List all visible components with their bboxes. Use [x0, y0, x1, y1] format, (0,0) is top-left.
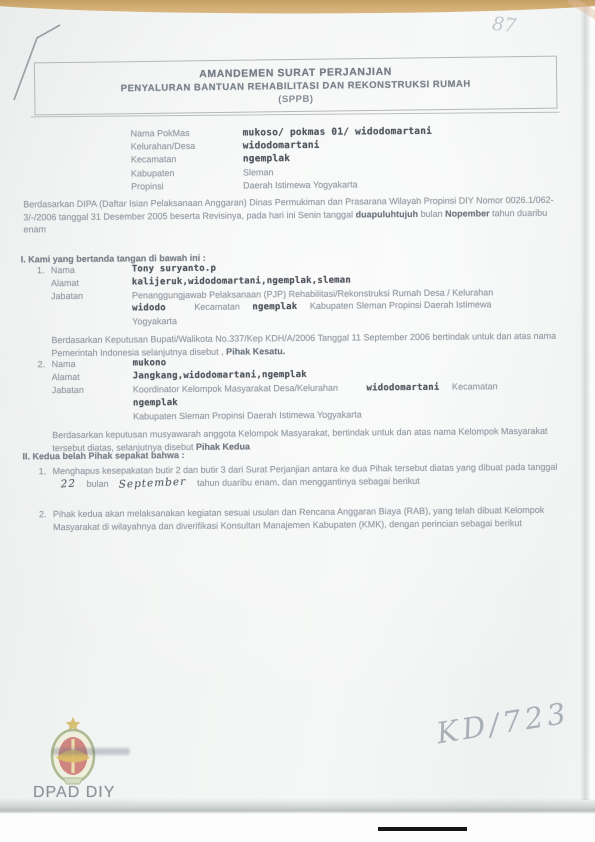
meta-value: Sleman [243, 166, 274, 179]
spacer [37, 290, 51, 330]
meta-value: Daerah Istimewa Yogyakarta [243, 178, 358, 192]
item-number: 1. [39, 465, 53, 490]
party2-jabatan-value: Koordinator Kelompok Masyarakat Desa/Kel… [133, 379, 568, 423]
pokmas-meta-block: Nama PokMas mukoso/ pokmas 01/ widodomar… [131, 125, 433, 194]
jabatan-text: Kecamatan [452, 381, 498, 391]
closing-text: Berdasarkan keputusan musyawarah anggota… [52, 426, 547, 453]
item1-post: tahun duaribu enam, dan menggantinya seb… [197, 475, 420, 487]
meta-label: Kabupaten [131, 166, 243, 180]
party2-jabatan-row: Jabatan Koordinator Kelompok Masyarakat … [38, 379, 568, 424]
intro-paragraph: Berdasarkan DIPA (Daftar Isian Pelaksana… [23, 194, 566, 236]
spacer [37, 277, 51, 290]
meta-label: Kecamatan [131, 153, 243, 167]
party-label: Alamat [52, 370, 133, 384]
party-label: Jabatan [51, 289, 132, 329]
item1-pre: Menghapus kesepakatan butir 2 dan butir … [53, 462, 558, 476]
item1-mid: bulan [87, 478, 109, 488]
party1-block: 1. Nama Tony suryanto.p Alamat kalijeruk… [37, 260, 568, 360]
document-content: AMANDEMEN SURAT PERJANJIAN PENYALURAN BA… [0, 0, 595, 816]
spacer [38, 371, 52, 384]
intro-text: bulan [421, 208, 443, 218]
section2-item1: 1. Menghapus kesepakatan butir 2 dan but… [39, 461, 567, 491]
jabatan-desa-typed: widodo [132, 304, 166, 314]
stamp-smudge [52, 748, 130, 755]
jabatan-text: Kecamatan [194, 302, 240, 312]
title-box: AMANDEMEN SURAT PERJANJIAN PENYALURAN BA… [34, 56, 558, 116]
party-number: 2. [38, 358, 52, 371]
jabatan-text: Kabupaten Sleman Propinsi Daerah Istimew… [310, 300, 492, 312]
meta-label: Nama PokMas [131, 126, 243, 140]
section2-heading: II. Kedua belah Pihak sepakat bahwa : [22, 450, 184, 461]
party1-jabatan-row: Jabatan Penanggungjawab Pelaksanaan (PJP… [37, 285, 567, 329]
meta-value: ngemplak [243, 152, 290, 166]
section2-item2: 2. Pihak kedua akan melaksanakan kegiata… [39, 504, 567, 534]
item2-text: Pihak kedua akan melaksanakan kegiatan s… [53, 504, 567, 533]
scanned-document-photo: 87 AMANDEMEN SURAT PERJANJIAN PENYALURAN… [0, 0, 595, 842]
closing-bold: Pihak Kesatu. [226, 346, 285, 357]
bottom-black-bar [378, 827, 467, 831]
party-label: Nama [51, 263, 132, 277]
meta-row-propinsi: Propinsi Daerah Istimewa Yogyakarta [131, 178, 433, 194]
handwritten-day: 22 [52, 477, 84, 491]
jabatan-text: Yogyakarta [132, 316, 177, 326]
jabatan-text: Kabupaten Sleman Propinsi Daerah Istimew… [133, 410, 362, 422]
meta-row-nama-pokmas: Nama PokMas mukoso/ pokmas 01/ widodomar… [131, 125, 433, 141]
item-number: 2. [39, 508, 53, 533]
spacer [38, 384, 52, 425]
handwritten-month: September [111, 475, 195, 491]
meta-value: widodomartani [243, 139, 320, 153]
closing-bold: Pihak Kedua [196, 441, 250, 451]
party-label: Alamat [51, 276, 132, 290]
item1-text: Menghapus kesepakatan butir 2 dan butir … [53, 461, 567, 490]
jabatan-desa-typed: widodomartani [366, 382, 439, 393]
party-number: 1. [37, 264, 51, 277]
party2-block: 2. Nama mukono Alamat Jangkang,widodomar… [38, 354, 569, 455]
paper-bottom-edge-shadow [0, 798, 595, 814]
meta-label: Kelurahan/Desa [131, 140, 243, 154]
party-label: Nama [52, 357, 133, 371]
jabatan-text: Koordinator Kelompok Masyarakat Desa/Kel… [133, 382, 338, 394]
party-label: Jabatan [52, 383, 133, 424]
meta-label: Propinsi [131, 179, 243, 193]
jabatan-kec-typed: ngemplak [252, 302, 297, 312]
intro-month-word: Nopember [445, 208, 490, 218]
intro-date-word: duapuluhtujuh [356, 208, 419, 219]
jabatan-text: Penanggungjawab Pelaksanaan (PJP) Rehabi… [132, 287, 493, 300]
meta-value: mukoso/ pokmas 01/ widodomartani [243, 125, 433, 140]
party1-jabatan-value: Penanggungjawab Pelaksanaan (PJP) Rehabi… [132, 285, 567, 328]
jabatan-kec-typed: ngemplak [133, 398, 178, 408]
